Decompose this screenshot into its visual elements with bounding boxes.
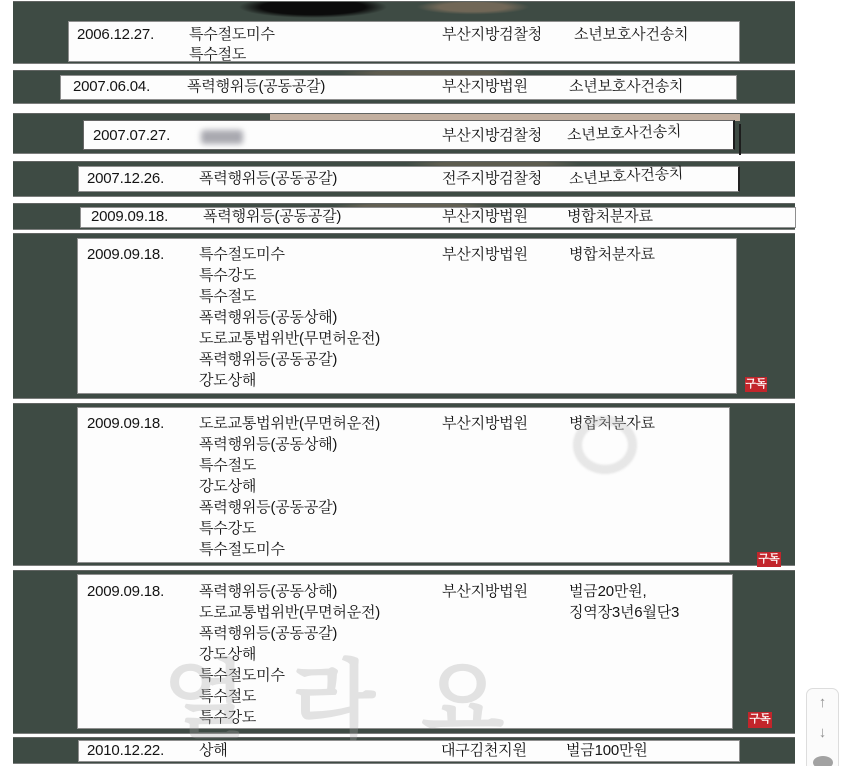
record-disposition: 병합처분자료 [569, 244, 655, 265]
record-disposition: 소년보호사건송치 [574, 25, 688, 45]
record-date: 2006.12.27. [77, 25, 154, 45]
video-frame: 2010.12.22. 상해 대구김천지원 벌금100만원 [13, 738, 795, 763]
subscribe-badge: 구독 [748, 712, 772, 728]
record-court: 부산지방법원 [442, 77, 528, 97]
scroll-down-icon[interactable]: ↓ [819, 726, 827, 740]
scroll-dot-icon [813, 756, 833, 766]
table-row: 2009.09.18. 특수절도미수 특수강도 특수절도 폭력행위등(공동상해)… [77, 238, 737, 394]
video-frame: 2009.09.18. 폭력행위등(공동상해) 도로교통법위반(무면허운전) 폭… [13, 571, 795, 733]
table-row: 2010.12.22. 상해 대구김천지원 벌금100만원 [78, 740, 740, 762]
record-date: 2009.09.18. [87, 413, 164, 434]
record-charges: 특수절도미수 특수강도 특수절도 폭력행위등(공동상해) 도로교통법위반(무면허… [199, 244, 380, 391]
record-date: 2007.06.04. [73, 77, 150, 97]
record-charges: 폭력행위등(공동상해) 도로교통법위반(무면허운전) 폭력행위등(공동공갈) 강… [199, 581, 380, 728]
frame-edge-line [739, 124, 741, 155]
record-disposition: 벌금20만원, 징역장3년6월단3 [569, 581, 679, 623]
record-court: 부산지방법원 [442, 207, 528, 227]
video-frame: 2009.09.18. 특수절도미수 특수강도 특수절도 폭력행위등(공동상해)… [13, 234, 795, 398]
record-date: 2007.07.27. [93, 126, 170, 146]
table-row: 2007.07.27. 부산지방검찰청 소년보호사건송치 [83, 120, 735, 150]
record-court: 부산지방법원 [442, 244, 528, 265]
record-date: 2009.09.18. [87, 581, 164, 602]
video-frame: 2007.06.04. 폭력행위등(공동공갈) 부산지방법원 소년보호사건송치 [13, 71, 795, 103]
table-row: 2009.09.18. 도로교통법위반(무면허운전) 폭력행위등(공동상해) 특… [77, 407, 730, 563]
record-charges: 폭력행위등(공동공갈) [187, 77, 325, 97]
record-court: 대구김천지원 [441, 741, 527, 761]
record-court: 전주지방검찰청 [442, 169, 542, 189]
table-row: 2007.06.04. 폭력행위등(공동공갈) 부산지방법원 소년보호사건송치 [60, 75, 737, 100]
table-row: 2009.09.18. 폭력행위등(공동공갈) 부산지방법원 병합처분자료 [80, 207, 796, 228]
screenshot-page: 2006.12.27. 특수절도미수 특수절도 부산지방검찰청 소년보호사건송치… [0, 0, 850, 766]
record-date: 2010.12.22. [87, 741, 164, 761]
table-row: 2007.12.26. 폭력행위등(공동공갈) 전주지방검찰청 소년보호사건송치 [78, 166, 740, 192]
table-row: 2006.12.27. 특수절도미수 특수절도 부산지방검찰청 소년보호사건송치 [68, 21, 740, 62]
record-disposition: 소년보호사건송치 [567, 122, 682, 146]
record-court: 부산지방검찰청 [442, 126, 542, 146]
record-date: 2007.12.26. [87, 169, 164, 189]
video-frame: 2006.12.27. 특수절도미수 특수절도 부산지방검찰청 소년보호사건송치 [13, 2, 795, 63]
record-charges: 도로교통법위반(무면허운전) 폭력행위등(공동상해) 특수절도 강도상해 폭력행… [199, 413, 380, 560]
record-disposition: 병합처분자료 [567, 207, 653, 227]
record-charges: 폭력행위등(공동공갈) [199, 169, 337, 189]
record-charges: 폭력행위등(공동공갈) [203, 207, 341, 227]
record-charges: 특수절도미수 특수절도 [189, 25, 275, 65]
record-date: 2009.09.18. [91, 207, 168, 227]
record-court: 부산지방법원 [442, 581, 528, 602]
faint-watermark-ring [573, 416, 637, 474]
redacted-charge [201, 130, 243, 144]
record-court: 부산지방검찰청 [442, 25, 542, 45]
record-disposition: 벌금100만원 [566, 741, 648, 761]
scroll-up-icon[interactable]: ↑ [819, 696, 827, 710]
table-row: 2009.09.18. 폭력행위등(공동상해) 도로교통법위반(무면허운전) 폭… [77, 574, 733, 729]
video-frame: 2007.07.27. 부산지방검찰청 소년보호사건송치 [13, 114, 795, 153]
record-court: 부산지방법원 [442, 413, 528, 434]
record-date: 2009.09.18. [87, 244, 164, 265]
video-frame: 2009.09.18. 도로교통법위반(무면허운전) 폭력행위등(공동상해) 특… [13, 404, 795, 565]
record-charges: 상해 [199, 741, 228, 761]
subscribe-badge: 구독 [745, 377, 767, 392]
record-disposition: 소년보호사건송치 [569, 164, 684, 190]
video-frame: 2009.09.18. 폭력행위등(공동공갈) 부산지방법원 병합처분자료 [13, 204, 795, 229]
record-disposition: 소년보호사건송치 [569, 77, 683, 97]
scroll-widget: ↑ ↓ [806, 688, 839, 766]
subscribe-badge: 구독 [757, 552, 781, 567]
video-frame: 2007.12.26. 폭력행위등(공동공갈) 전주지방검찰청 소년보호사건송치 [13, 162, 795, 196]
